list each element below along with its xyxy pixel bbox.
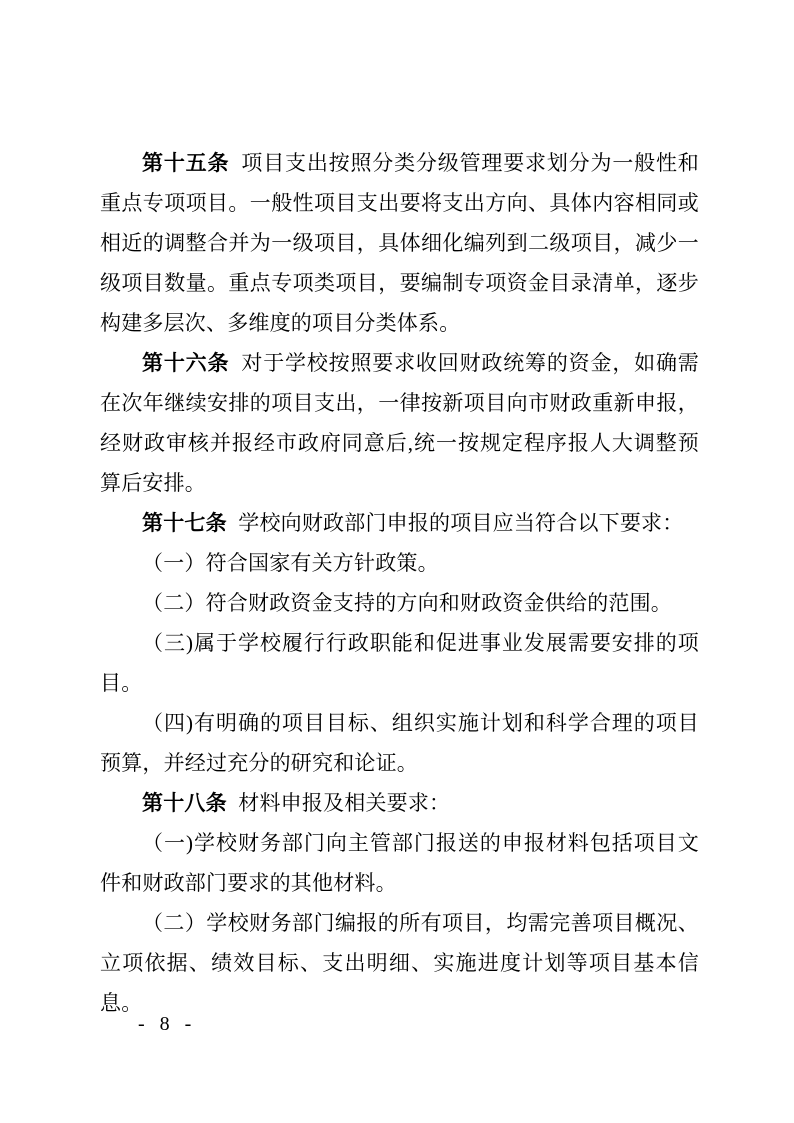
list-item-17-1: （一）符合国家有关方针政策。 — [100, 543, 699, 583]
paragraph-text: （二）学校财务部门编报的所有项目，均需完善项目概况、立项依据、绩效目标、支出明细… — [100, 911, 699, 1015]
paragraph-article-16: 第十六条 对于学校按照要求收回财政统筹的资金，如确需在次年继续安排的项目支出，一… — [100, 343, 699, 503]
page-number: - 8 - — [138, 1012, 196, 1036]
paragraph-article-18: 第十八条 材料申报及相关要求： — [100, 783, 699, 823]
paragraph-text: （四)有明确的项目目标、组织实施计划和科学合理的项目预算，并经过充分的研究和论证… — [100, 711, 699, 775]
article-15-heading: 第十五条 — [142, 151, 229, 175]
list-item-18-1: （一)学校财务部门向主管部门报送的申报材料包括项目文件和财政部门要求的其他材料。 — [100, 823, 699, 903]
paragraph-text: （三)属于学校履行行政职能和促进事业发展需要安排的项目。 — [100, 631, 699, 695]
list-item-18-2: （二）学校财务部门编报的所有项目，均需完善项目概况、立项依据、绩效目标、支出明细… — [100, 903, 699, 1023]
article-16-heading: 第十六条 — [142, 351, 229, 375]
paragraph-text: 材料申报及相关要求： — [227, 791, 450, 815]
article-17-heading: 第十七条 — [142, 511, 227, 535]
paragraph-text: （一）符合国家有关方针政策。 — [142, 551, 439, 575]
paragraph-text: 学校向财政部门申报的项目应当符合以下要求： — [227, 511, 684, 535]
paragraph-text: （二）符合财政资金支持的方向和财政资金供给的范围。 — [142, 591, 672, 615]
list-item-17-4: （四)有明确的项目目标、组织实施计划和科学合理的项目预算，并经过充分的研究和论证… — [100, 703, 699, 783]
paragraph-article-15: 第十五条 项目支出按照分类分级管理要求划分为一般性和重点专项项目。一般性项目支出… — [100, 143, 699, 343]
paragraph-article-17: 第十七条 学校向财政部门申报的项目应当符合以下要求： — [100, 503, 699, 543]
list-item-17-2: （二）符合财政资金支持的方向和财政资金供给的范围。 — [100, 583, 699, 623]
document-body: 第十五条 项目支出按照分类分级管理要求划分为一般性和重点专项项目。一般性项目支出… — [100, 143, 699, 1023]
list-item-17-3: （三)属于学校履行行政职能和促进事业发展需要安排的项目。 — [100, 623, 699, 703]
article-18-heading: 第十八条 — [142, 791, 227, 815]
document-page: 第十五条 项目支出按照分类分级管理要求划分为一般性和重点专项项目。一般性项目支出… — [0, 0, 794, 1123]
paragraph-text: 项目支出按照分类分级管理要求划分为一般性和重点专项项目。一般性项目支出要将支出方… — [100, 151, 699, 335]
paragraph-text: （一)学校财务部门向主管部门报送的申报材料包括项目文件和财政部门要求的其他材料。 — [100, 831, 699, 895]
